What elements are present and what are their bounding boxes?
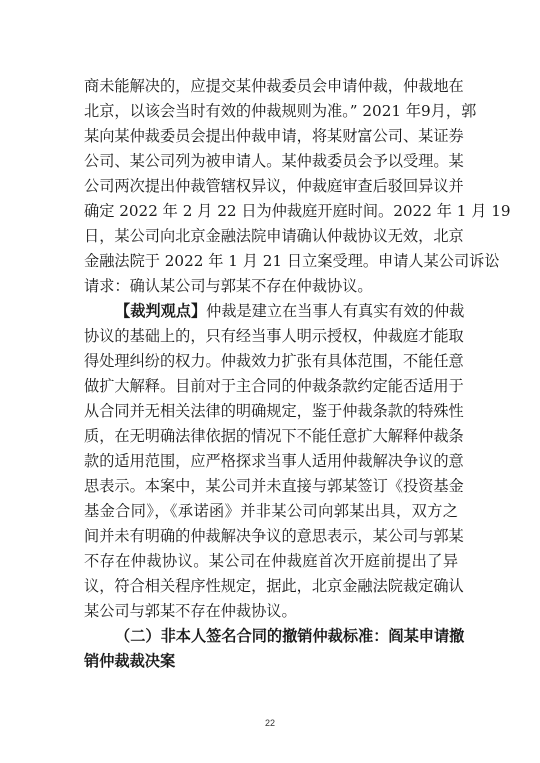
text-line: 得处理纠纷的权力。仲裁效力扩张有具体范围，不能任意 xyxy=(84,349,458,374)
text-line: 间并未有明确的仲裁解决争议的意思表示，某公司与郭某 xyxy=(84,524,458,549)
text-line: 某向某仲裁委员会提出仲裁申请，将某财富公司、某证券 xyxy=(84,124,458,149)
text-line: 质，在无明确法律依据的情况下不能任意扩大解释仲裁条 xyxy=(84,424,458,449)
heading-line: （二）非本人签名合同的撤销仲裁标准：阎某申请撤 xyxy=(84,624,458,649)
text-line: 确定 2022 年 2 月 22 日为仲裁庭开庭时间。2022 年 1 月 19 xyxy=(84,199,458,224)
text-line: 【裁判观点】仲裁是建立在当事人有真实有效的仲裁 xyxy=(84,299,458,324)
text-line: 商未能解决的，应提交某仲裁委员会申请仲裁，仲裁地在 xyxy=(84,74,458,99)
judgment-view-label: 【裁判观点】 xyxy=(115,302,206,320)
text-line: 公司、某公司列为被申请人。某仲裁委员会予以受理。某 xyxy=(84,149,458,174)
text-line: 不存在仲裁协议。某公司在仲裁庭首次开庭前提出了异 xyxy=(84,549,458,574)
text-line: 从合同并无相关法律的明确规定，鉴于仲裁条款的特殊性 xyxy=(84,399,458,424)
text-line: 议，符合相关程序性规定，据此，北京金融法院裁定确认 xyxy=(84,574,458,599)
paragraph-judgment-view: 【裁判观点】仲裁是建立在当事人有真实有效的仲裁 协议的基础上的，只有经当事人明示… xyxy=(84,299,458,624)
text-line: 某公司与郭某不存在仲裁协议。 xyxy=(84,599,458,624)
text-line: 款的适用范围，应严格探求当事人适用仲裁解决争议的意 xyxy=(84,449,458,474)
text-line: 请求：确认某公司与郭某不存在仲裁协议。 xyxy=(84,274,458,299)
section-heading: （二）非本人签名合同的撤销仲裁标准：阎某申请撤 销仲裁裁决案 xyxy=(84,624,458,674)
document-body: 商未能解决的，应提交某仲裁委员会申请仲裁，仲裁地在 北京，以该会当时有效的仲裁规… xyxy=(84,74,458,674)
text-line: 思表示。本案中，某公司并未直接与郭某签订《投资基金 xyxy=(84,474,458,499)
page-number: 22 xyxy=(0,718,540,728)
text-span: 仲裁是建立在当事人有真实有效的仲裁 xyxy=(206,302,464,320)
text-line: 协议的基础上的，只有经当事人明示授权，仲裁庭才能取 xyxy=(84,324,458,349)
text-line: 金融法院于 2022 年 1 月 21 日立案受理。申请人某公司诉讼 xyxy=(84,249,458,274)
text-line: 公司两次提出仲裁管辖权异议，仲裁庭审查后驳回异议并 xyxy=(84,174,458,199)
text-line: 北京，以该会当时有效的仲裁规则为准。” 2021 年9月，郭 xyxy=(84,99,458,124)
text-line: 做扩大解释。目前对于主合同的仲裁条款约定能否适用于 xyxy=(84,374,458,399)
paragraph-case-facts: 商未能解决的，应提交某仲裁委员会申请仲裁，仲裁地在 北京，以该会当时有效的仲裁规… xyxy=(84,74,458,299)
text-line: 基金合同》，《承诺函》并非某公司向郭某出具，双方之 xyxy=(84,499,458,524)
text-line: 日，某公司向北京金融法院申请确认仲裁协议无效，北京 xyxy=(84,224,458,249)
heading-line: 销仲裁裁决案 xyxy=(84,649,458,674)
document-page: 商未能解决的，应提交某仲裁委员会申请仲裁，仲裁地在 北京，以该会当时有效的仲裁规… xyxy=(0,0,540,763)
